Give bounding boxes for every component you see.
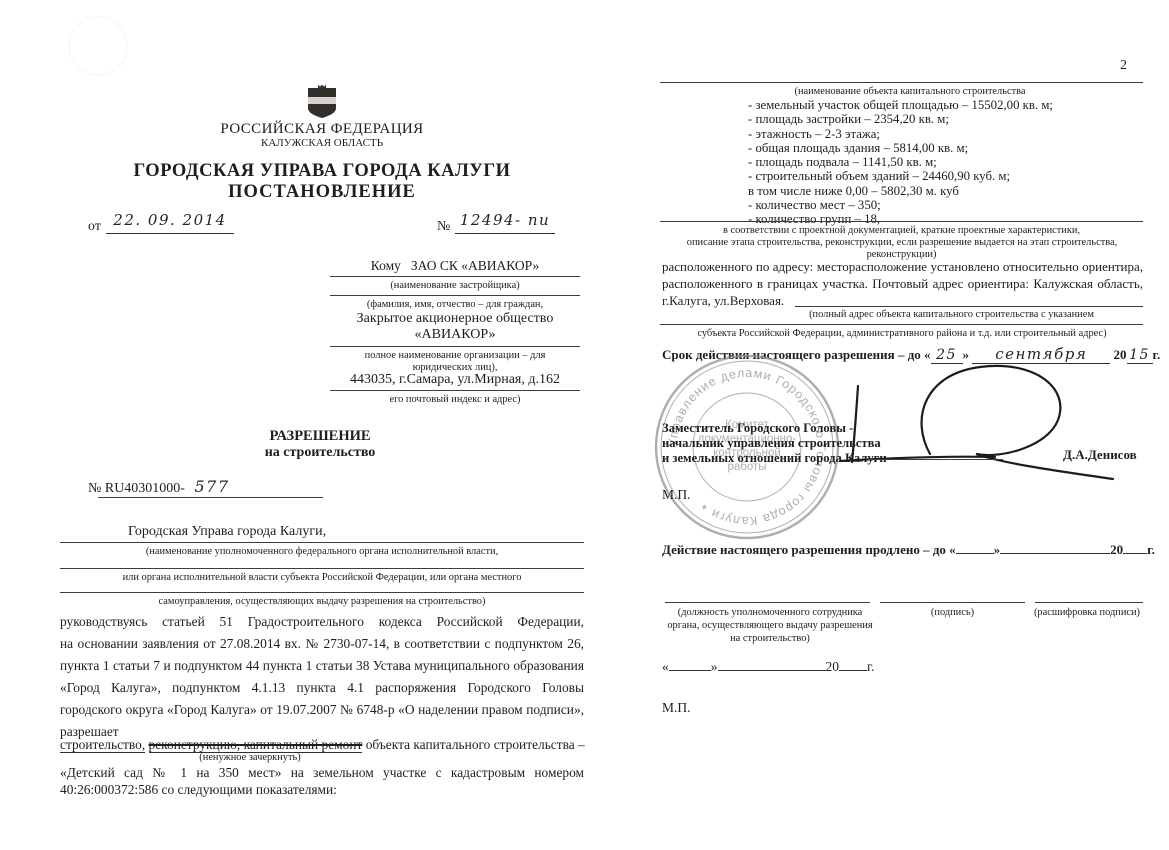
field-rule [660,82,1143,83]
authority-caption3: самоуправления, осуществляющих выдачу ра… [60,596,584,608]
permit-title: РАЗРЕШЕНИЕ [220,428,420,445]
addressee-label: Кому [371,258,401,273]
position-caption-line1: (должность уполномоченного сотрудника [660,607,880,619]
addressee-line: КомуЗАО СК «АВИАКОР» [330,258,580,277]
action-struck-out: реконструкцию, капитальный ремонт [149,737,363,753]
full-address-caption2: субъекта Российской Федерации, администр… [663,328,1141,340]
body-line: пункта 1 статьи 7 и подпунктом 44 пункта… [60,655,584,677]
project-indicators-list: - земельный участок общей площадью – 155… [748,98,1053,227]
permit-number-rule [98,497,323,498]
signer-name: Д.А.Денисов [1063,447,1137,463]
extension-label: Действие настоящего разрешения продлено … [662,542,956,557]
extension-day-blank [956,540,994,554]
position-caption-line3: на строительство) [660,633,880,645]
decipher-caption: (расшифровка подписи) [1028,607,1146,619]
signature-blank-rule [880,602,1025,603]
field-rule [330,390,580,391]
object-name-line2: 40:26:000372:586 со следующими показател… [60,779,584,801]
blank-date-quote-close: » [711,659,718,674]
org-name-line2: «АВИАКОР» [330,327,580,343]
indicator-item: - строительный объем зданий – 24460,90 к… [748,169,1053,183]
date-handwritten-value: 22. 09. 2014 [106,211,234,234]
body-line: «Город Калуга», подпунктом 4.1.13 пункта… [60,677,584,699]
field-rule [60,542,584,543]
authority-caption2: или органа исполнительной власти субъект… [60,572,584,584]
validity-year-handwritten: 15 [1127,347,1153,364]
location-line1: расположенного по адресу: месторасположе… [662,258,1143,275]
country-name: РОССИЙСКАЯ ФЕДЕРАЦИЯ [160,121,484,138]
blank-date-year-prefix: 20 [826,659,840,674]
authority-name: Городская Управа города Калуги, [128,524,326,540]
postal-caption: его почтовый индекс и адрес) [330,394,580,406]
postal-address: 443035, г.Самара, ул.Мирная, д.162 [330,372,580,388]
extension-year-suffix: г. [1147,542,1155,557]
permit-number-line: № RU40301000- 577 [88,477,230,497]
addressee-caption: (наименование застройщика) [330,280,580,292]
blank-date-day [669,657,711,671]
indicator-item: - количество мест – 350; [748,198,1053,212]
position-rule [665,602,870,603]
body-line: городского округа «Город Калуга» от 19.0… [60,699,584,721]
permit-number-handwritten: 577 [194,477,229,496]
indicator-item: - этажность – 2-3 этажа; [748,127,1053,141]
coat-of-arms-svg [307,84,337,118]
date-label: от [88,219,101,235]
extension-year-prefix: 20 [1110,542,1123,557]
indicators-caption1: в соответствии с проектной документацией… [680,225,1123,237]
field-rule [330,295,580,296]
scanned-document: РОССИЙСКАЯ ФЕДЕРАЦИЯ КАЛУЖСКАЯ ОБЛАСТЬ Г… [0,0,1169,850]
indicator-item: - земельный участок общей площадью – 155… [748,98,1053,112]
number-handwritten-value: 12494- пи [455,211,555,234]
stamp-place-label-2: М.П. [662,700,691,716]
extension-month-blank [1000,540,1110,554]
legal-body-paragraph: руководствуясь статьей 51 Градостроитель… [60,611,584,743]
signature-caption: (подпись) [880,607,1025,619]
field-rule [795,306,1143,307]
field-rule [330,346,580,347]
field-rule [60,592,584,593]
extension-line: Действие настоящего разрешения продлено … [662,540,1155,558]
blank-date-line: «»20г. [662,657,874,675]
official-title-line1: Заместитель Городского Головы - [662,421,932,436]
permitted-action-line: строительство, реконструкцию, капитальны… [60,737,590,753]
region-name: КАЛУЖСКАЯ ОБЛАСТЬ [160,137,484,149]
document-type-title: ПОСТАНОВЛЕНИЕ [60,182,584,203]
permit-subtitle: на строительство [220,445,420,461]
signature-rule [868,459,1003,460]
name-decipher-rule [1035,602,1143,603]
indicator-item: в том числе ниже 0,00 – 5802,30 м. куб [748,184,1053,198]
issuing-authority-title: ГОРОДСКАЯ УПРАВА ГОРОДА КАЛУГИ [60,161,584,182]
faint-stamp-ghost [68,16,128,76]
extension-year-blank [1123,540,1147,554]
body-line: на основании заявления от 27.08.2014 вх.… [60,633,584,655]
field-rule [660,221,1143,222]
stamp-place-label-1: М.П. [662,487,691,503]
kaluga-coat-of-arms-icon [307,84,337,118]
location-line2: расположенного в границах участка. Почто… [662,275,1143,292]
blank-date-quote-open: « [662,659,669,674]
action-tail: объекта капитального строительства – [366,737,585,752]
object-name-caption: (наименование объекта капитального строи… [700,86,1120,98]
position-caption-line2: органа, осуществляющего выдачу разрешени… [655,620,885,632]
org-name-line1: Закрытое акционерное общество [330,311,580,327]
number-label: № [437,219,450,235]
indicator-item: - площадь подвала – 1141,50 кв. м; [748,155,1053,169]
authority-caption1: (наименование уполномоченного федерально… [60,546,584,558]
org-caption-line1: полное наименование организации – для [330,350,580,362]
page-number: 2 [1120,58,1127,74]
official-title-line2: начальник управления строительства [662,436,932,451]
validity-year-suffix: г. [1153,347,1161,362]
indicator-item: - площадь застройки – 2354,20 кв. м; [748,112,1053,126]
body-line: руководствуясь статьей 51 Градостроитель… [60,611,584,633]
blank-date-month [718,657,826,671]
indicator-item: - общая площадь здания – 5814,00 кв. м; [748,141,1053,155]
full-address-caption1: (полный адрес объекта капитального строи… [760,309,1143,321]
indicators-caption2: описание этапа строительства, реконструк… [663,237,1141,249]
field-rule [60,568,584,569]
field-rule [660,324,1143,325]
action-underlined: строительство, [60,737,145,753]
name-caption: (фамилия, имя, отчество – для граждан, [325,299,585,311]
permit-number-prefix: № RU40301000- [88,481,185,496]
blank-date-year-suffix: г. [867,659,874,674]
addressee-value: ЗАО СК «АВИАКОР» [411,258,539,273]
blank-date-year [839,657,867,671]
